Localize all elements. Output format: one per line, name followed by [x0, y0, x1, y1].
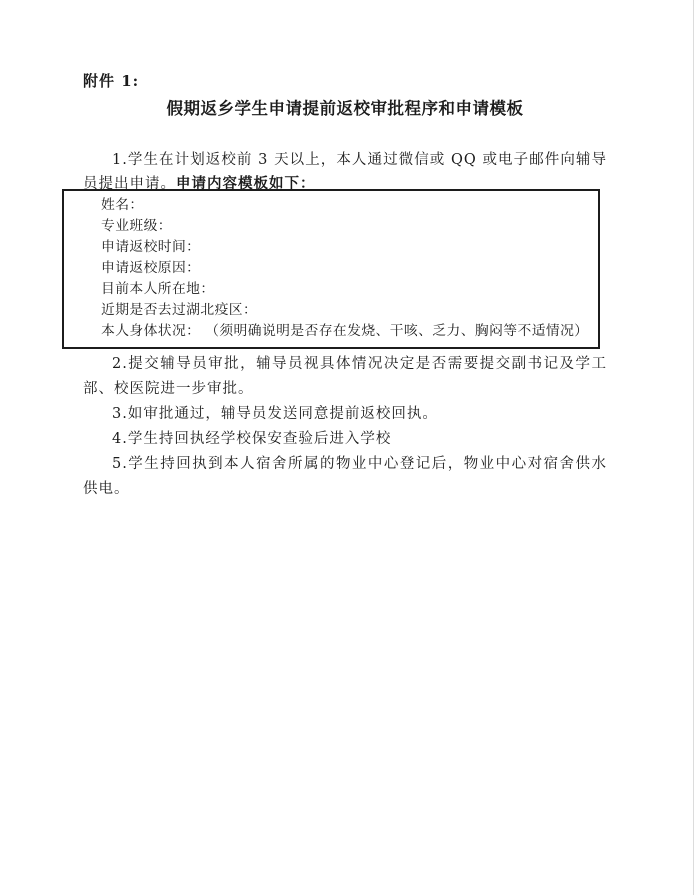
document-title: 假期返乡学生申请提前返校审批程序和申请模板 — [83, 98, 607, 120]
application-template-box: 姓名： 专业班级： 申请返校时间： 申请返校原因： 目前本人所在地： 近期是否去… — [62, 189, 600, 349]
intro-bold-text: 申请内容模板如下： — [176, 175, 316, 192]
attachment-label: 附件 1: — [83, 72, 607, 90]
template-field-return-time: 申请返校时间： — [101, 237, 592, 258]
template-field-major-class: 专业班级： — [101, 216, 592, 237]
template-field-health-status: 本人身体状况： （须明确说明是否存在发烧、干咳、乏力、胸闷等不适情况） — [101, 321, 592, 342]
procedure-step-2: 2.提交辅导员审批，辅导员视具体情况决定是否需要提交副书记及学工部、校医院进一步… — [83, 352, 607, 402]
procedure-step-5: 5.学生持回执到本人宿舍所属的物业中心登记后，物业中心对宿舍供水供电。 — [83, 452, 607, 502]
template-field-name: 姓名： — [101, 195, 592, 216]
intro-text: 1.学生在计划返校前 3 天以上，本人通过微信或 QQ 或电子邮件向辅导员提出申… — [83, 152, 607, 192]
document-page: { "doc": { "attachment_label": "附件 1:", … — [0, 0, 695, 895]
procedure-step-3: 3.如审批通过，辅导员发送同意提前返校回执。 — [83, 402, 607, 427]
procedure-step-4: 4.学生持回执经学校保安查验后进入学校 — [83, 427, 607, 452]
attachment-document: 附件 1: 假期返乡学生申请提前返校审批程序和申请模板 1.学生在计划返校前 3… — [83, 72, 607, 502]
page-right-edge — [693, 0, 694, 895]
template-field-return-reason: 申请返校原因： — [101, 258, 592, 279]
template-field-current-location: 目前本人所在地： — [101, 279, 592, 300]
template-field-hubei-visit: 近期是否去过湖北疫区： — [101, 300, 592, 321]
procedure-steps: 2.提交辅导员审批，辅导员视具体情况决定是否需要提交副书记及学工部、校医院进一步… — [83, 352, 607, 502]
